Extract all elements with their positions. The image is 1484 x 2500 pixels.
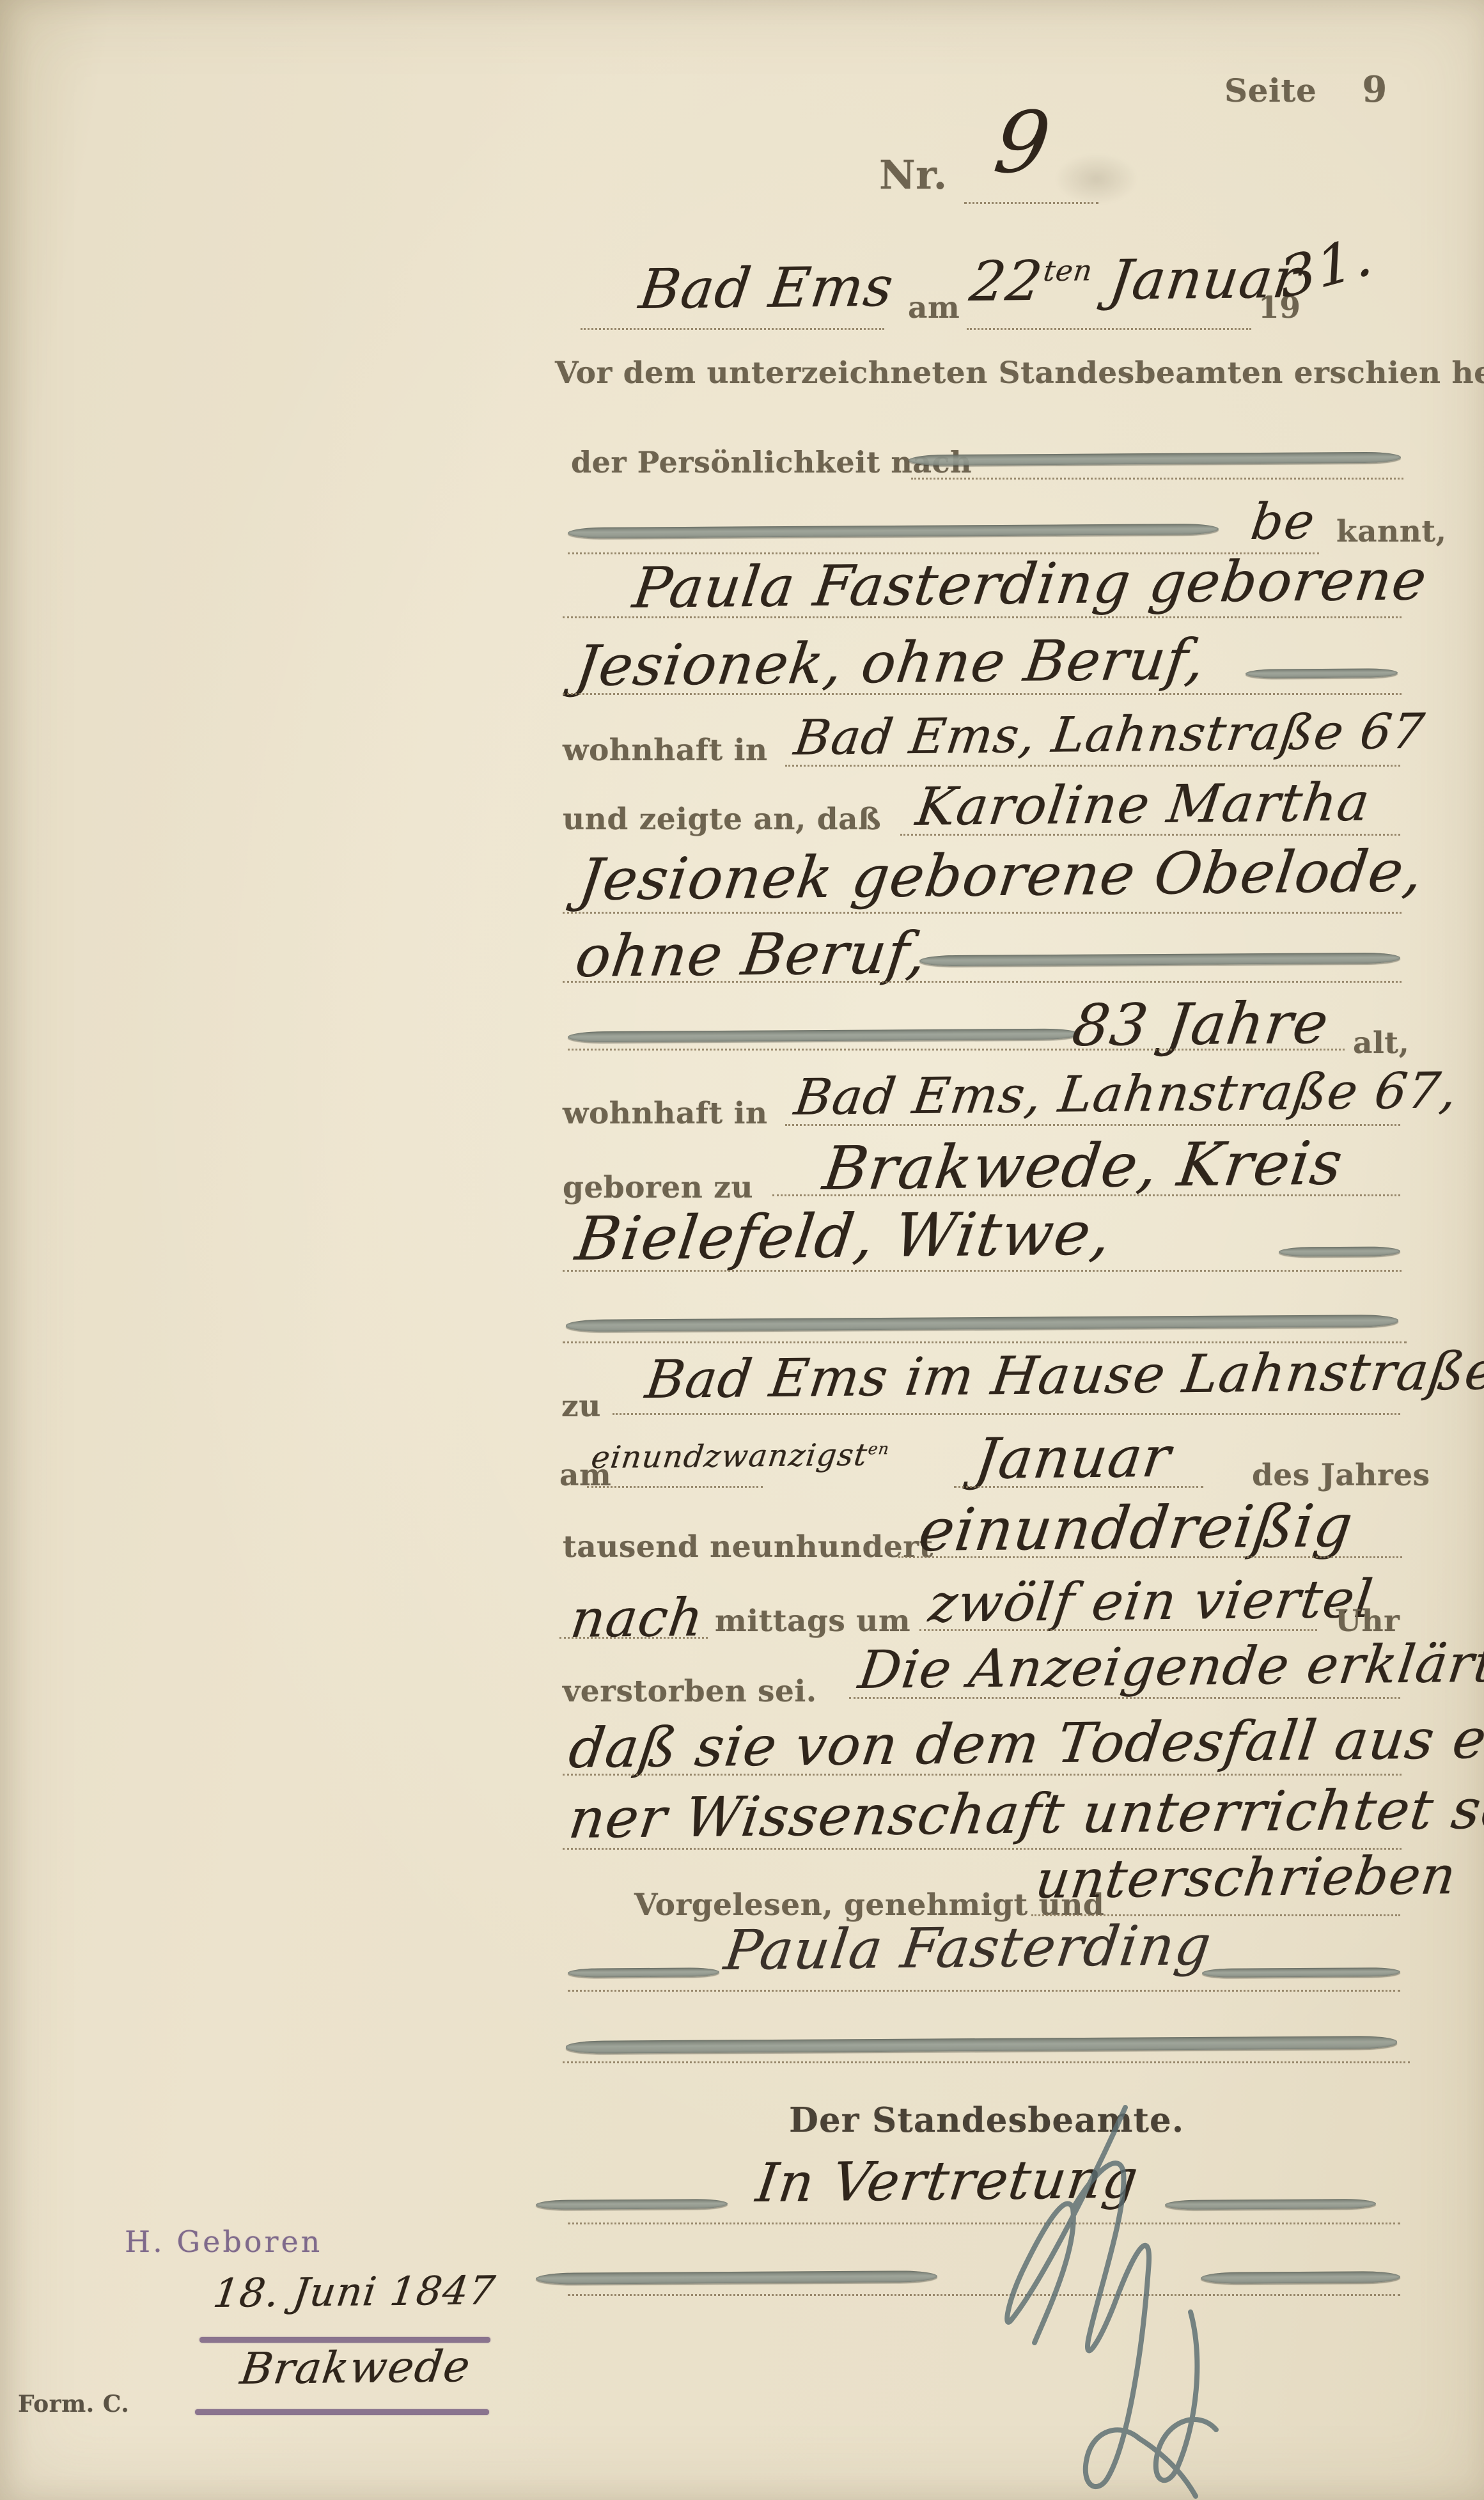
signature-dash-right [1202, 1967, 1400, 1978]
rule-declaration1 [849, 1697, 1400, 1699]
report-label: und zeigte an, daß [563, 804, 881, 834]
rule-death-time [919, 1629, 1317, 1631]
dateline-date: 22ten Januar [967, 251, 1304, 309]
rule-deceased-name [563, 912, 1402, 914]
dateline-year: 31. [1276, 228, 1377, 307]
rule-residence [785, 765, 1400, 767]
rule-signature [568, 1990, 1400, 1992]
margin-birth-place: Brakwede [238, 2345, 473, 2391]
residence-value: Bad Ems, Lahnstraße 67 [792, 707, 1428, 762]
deputy-signature-flourish [914, 2090, 1272, 2500]
deceased-given-names: Karoline Martha [913, 777, 1373, 834]
blank-dash-1 [1246, 668, 1398, 678]
blank-strike-6 [566, 2036, 1397, 2054]
nr-label: Nr. [879, 155, 948, 195]
appearer-signature: Paula Fasterding [721, 1918, 1215, 1978]
blank-strike-5 [566, 1315, 1398, 1332]
rule-age [568, 1049, 1345, 1051]
declaration-line1: Die Anzeigende erklärte, [855, 1637, 1484, 1697]
ink-offset-ghost [1055, 153, 1138, 205]
deputy-dash-left [536, 2199, 728, 2210]
appearer-name-line1: Paula Fasterding geborene [630, 552, 1430, 616]
death-year-printed: tausend neunhundert [563, 1532, 933, 1562]
known-printed: kannt, [1336, 517, 1446, 547]
seite-label: Seite [1224, 72, 1316, 109]
death-place: Bad Ems im Hause Lahnstraße 67 [643, 1345, 1484, 1407]
birth-label: geboren zu [563, 1173, 753, 1203]
intro-appeared-line: Vor dem unterzeichneten Standesbeamten e… [555, 358, 1484, 388]
death-day: einundzwanzigsten [590, 1439, 891, 1473]
declaration-line2: daß sie von dem Todesfall aus eige- [566, 1710, 1484, 1776]
margin-underline-2 [195, 2409, 489, 2415]
blank-dash-2 [1279, 1246, 1400, 1256]
blank-strike-4 [568, 1029, 1079, 1043]
dateline-date-rule [967, 328, 1251, 330]
registrar-line-left [536, 2270, 937, 2285]
residence2-label: wohnhaft in [563, 1098, 768, 1129]
signature-dash-left [568, 1967, 719, 1977]
page-header: Seite 9 [1224, 72, 1387, 107]
dateline-place: Bad Ems [636, 260, 897, 317]
form-label: Form. C. [18, 2393, 129, 2416]
rule-death-month [954, 1486, 1203, 1488]
death-year-label: des Jahres [1252, 1460, 1430, 1490]
known-written: be [1248, 497, 1318, 547]
deceased-residence: Bad Ems, Lahnstraße 67, [792, 1066, 1460, 1123]
rule-birthplace2 [563, 1270, 1402, 1272]
rule-name1 [563, 616, 1402, 618]
appearer-name-line2: Jesionek, ohne Beruf, [572, 632, 1208, 694]
dateline-am-label: am [908, 293, 960, 323]
rule-death-place [613, 1413, 1400, 1415]
identity-rule [911, 478, 1403, 480]
dateline-place-rule [581, 328, 884, 330]
rule-residence2 [785, 1124, 1400, 1126]
signed-written: unterschrieben [1033, 1850, 1460, 1907]
death-day-suffix: en [867, 1439, 891, 1458]
died-label: verstorben sei. [563, 1676, 817, 1707]
blank-strike-2 [568, 524, 1219, 538]
deceased-age: 83 Jahre [1069, 995, 1332, 1055]
death-register-page: Seite 9 Nr. 9 Bad Ems am 22ten Januar 19… [0, 0, 1484, 2500]
death-meridiem-label: mittags um [715, 1606, 910, 1636]
deceased-name-line: Jesionek geborene Obelode, [575, 843, 1426, 909]
death-year-written: einunddreißig [916, 1497, 1356, 1560]
birthplace-line2: Bielefeld, Witwe, [572, 1204, 1115, 1270]
margin-stamp: H. Geboren [125, 2227, 322, 2256]
dateline-day-suffix: ten [1042, 253, 1095, 288]
declaration-line3: ner Wissenschaft unterrichtet sei. [566, 1781, 1484, 1847]
birthplace-line1: Brakwede, Kreis [820, 1134, 1347, 1199]
rule-meridiem [559, 1637, 708, 1639]
death-clock-label: Uhr [1335, 1606, 1400, 1636]
blank-strike-3 [919, 953, 1400, 967]
death-month: Januar [972, 1429, 1175, 1487]
death-time-written: zwölf ein viertel [926, 1574, 1376, 1630]
blank-strike-1 [909, 452, 1401, 466]
rule-birthplace1 [772, 1194, 1400, 1196]
residence-label: wohnhaft in [563, 735, 768, 765]
death-day-word: einundzwanzigst [589, 1437, 870, 1476]
rule-given-names [900, 834, 1400, 836]
rule-name2 [563, 693, 1402, 695]
margin-birth-date: 18. Juni 1847 [211, 2270, 498, 2313]
rule-occupation [563, 981, 1402, 983]
page-number: 9 [1362, 68, 1387, 111]
rule-declaration2 [563, 1774, 1402, 1776]
death-at-label: zu [561, 1391, 601, 1421]
dateline-day: 22 [966, 249, 1047, 314]
rule-below-strike [563, 2061, 1410, 2063]
deceased-occupation: ohne Beruf, [572, 925, 930, 986]
rule-death-day [587, 1486, 763, 1488]
rule-death-year [898, 1556, 1402, 1558]
age-label: alt, [1353, 1028, 1409, 1058]
nr-value: 9 [990, 100, 1056, 185]
